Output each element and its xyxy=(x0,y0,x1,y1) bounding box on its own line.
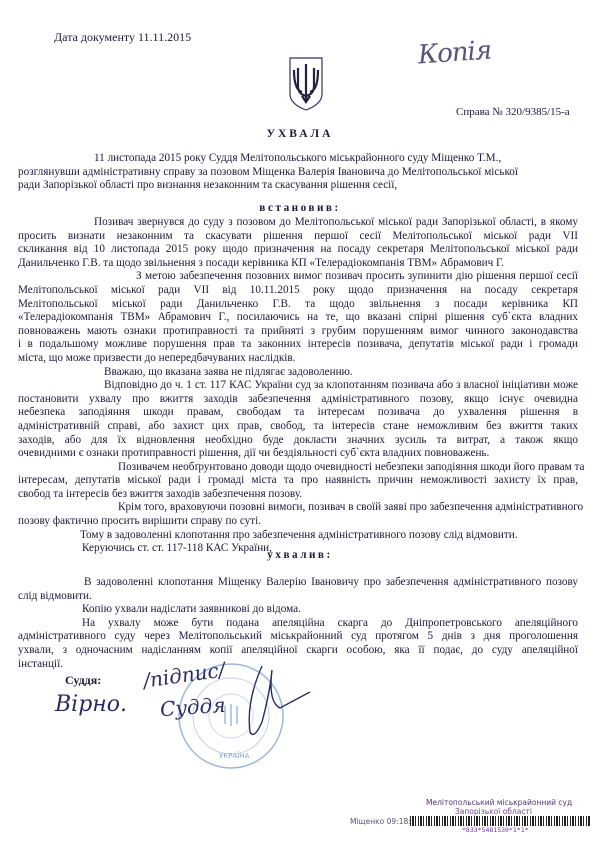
case-number: Справа № 320/9385/15-а xyxy=(456,106,570,120)
established-section: Позивач звернувся до суду з позовом до М… xyxy=(18,216,578,556)
trident-crest-icon xyxy=(288,56,324,112)
ruled-heading: ухвалив: xyxy=(0,549,600,563)
handwritten-judge: Суддя xyxy=(159,693,226,722)
footer-court-region: Запорізької області xyxy=(455,807,532,816)
text-line: просить визнати незаконним та скасувати … xyxy=(18,230,578,244)
handwritten-copy-note: Копія xyxy=(417,35,492,70)
text-line: свобод та інтересів без вжиття заходів з… xyxy=(18,488,578,502)
text-line: і в подальшому можливе порушення прав та… xyxy=(18,338,578,352)
text-line: слід відмовити. xyxy=(18,590,578,604)
text-line: «Телерадіокомпанія ТВМ» Абрамович Г., по… xyxy=(18,311,578,325)
text-line: інтересам, депутатів міської ради і гром… xyxy=(18,474,578,488)
text-line: Копію ухвали надіслати заявникові до від… xyxy=(18,603,578,617)
text-line: Позивач звернувся до суду з позовом до М… xyxy=(18,216,578,230)
text-line: Вважаю, що вказана заява не підлягає зад… xyxy=(18,366,578,380)
text-line: міста, що може призвести до непередбачув… xyxy=(18,352,578,366)
text-line: позову фактично просить вирішити справу … xyxy=(18,515,578,529)
text-line: постановити ухвалу про вжиття заходів за… xyxy=(18,393,578,407)
text-line: Позивачем необґрунтовано доводи щодо оче… xyxy=(18,461,578,475)
text-line: заходів, або для їх відновлення необхідн… xyxy=(18,434,578,448)
text-line: скликання від 10 листопада 2015 року щод… xyxy=(18,243,578,257)
handwritten-true-copy: Вірно. xyxy=(55,692,127,717)
text-line: адміністративного суду через Мелітопольс… xyxy=(18,630,578,644)
intro-line: ради Запорізької області про визнання не… xyxy=(18,179,578,193)
established-heading: встановив: xyxy=(0,202,600,216)
svg-text:УКРАЇНА: УКРАЇНА xyxy=(219,751,250,760)
footer-court-name: Мелітопольський міськрайонний суд xyxy=(426,798,572,807)
ruled-section: В задоволенні клопотання Міщенку Валерію… xyxy=(18,576,578,671)
text-line: небезпека заподіяння шкоди правам, свобо… xyxy=(18,406,578,420)
text-line: повноважень мають ознаки протиправності … xyxy=(18,325,578,339)
text-line: адміністративній справі, або захист цих … xyxy=(18,420,578,434)
intro-paragraph: 11 листопада 2015 року Суддя Мелітопольс… xyxy=(18,152,578,193)
text-line: В задоволенні клопотання Міщенку Валерію… xyxy=(18,576,578,590)
document-date: Дата документу 11.11.2015 xyxy=(54,31,191,45)
text-line: очевидними є ознаки протиправності рішен… xyxy=(18,447,578,461)
judge-signature-icon xyxy=(240,662,320,742)
text-line: Мелітопольської міської ради Данильченко… xyxy=(18,298,578,312)
text-line: ухвали, з одночасним надісланням копії а… xyxy=(18,644,578,658)
text-line: З метою забезпечення позовних вимог пози… xyxy=(18,270,578,284)
judge-label: Суддя: xyxy=(65,673,101,688)
text-line: Мелітопольської міської ради VII від 10.… xyxy=(18,284,578,298)
intro-line: розглянувши адміністративну справу за по… xyxy=(18,166,578,180)
barcode xyxy=(410,816,590,826)
text-line: Відповідно до ч. 1 ст. 117 КАС України с… xyxy=(18,379,578,393)
text-line: Данильченко Г.В. та щодо звільнення з по… xyxy=(18,257,578,271)
document-title: УХВАЛА xyxy=(0,128,600,140)
text-line: На ухвалу може бути подана апеляційна ск… xyxy=(18,617,578,631)
text-line: Тому в задоволенні клопотання про забезп… xyxy=(18,529,578,543)
intro-line: 11 листопада 2015 року Суддя Мелітопольс… xyxy=(18,152,578,166)
barcode-number: *833*5481530*1*1* xyxy=(462,826,529,834)
text-line: Крім того, враховуючи позовні вимоги, по… xyxy=(18,501,578,515)
